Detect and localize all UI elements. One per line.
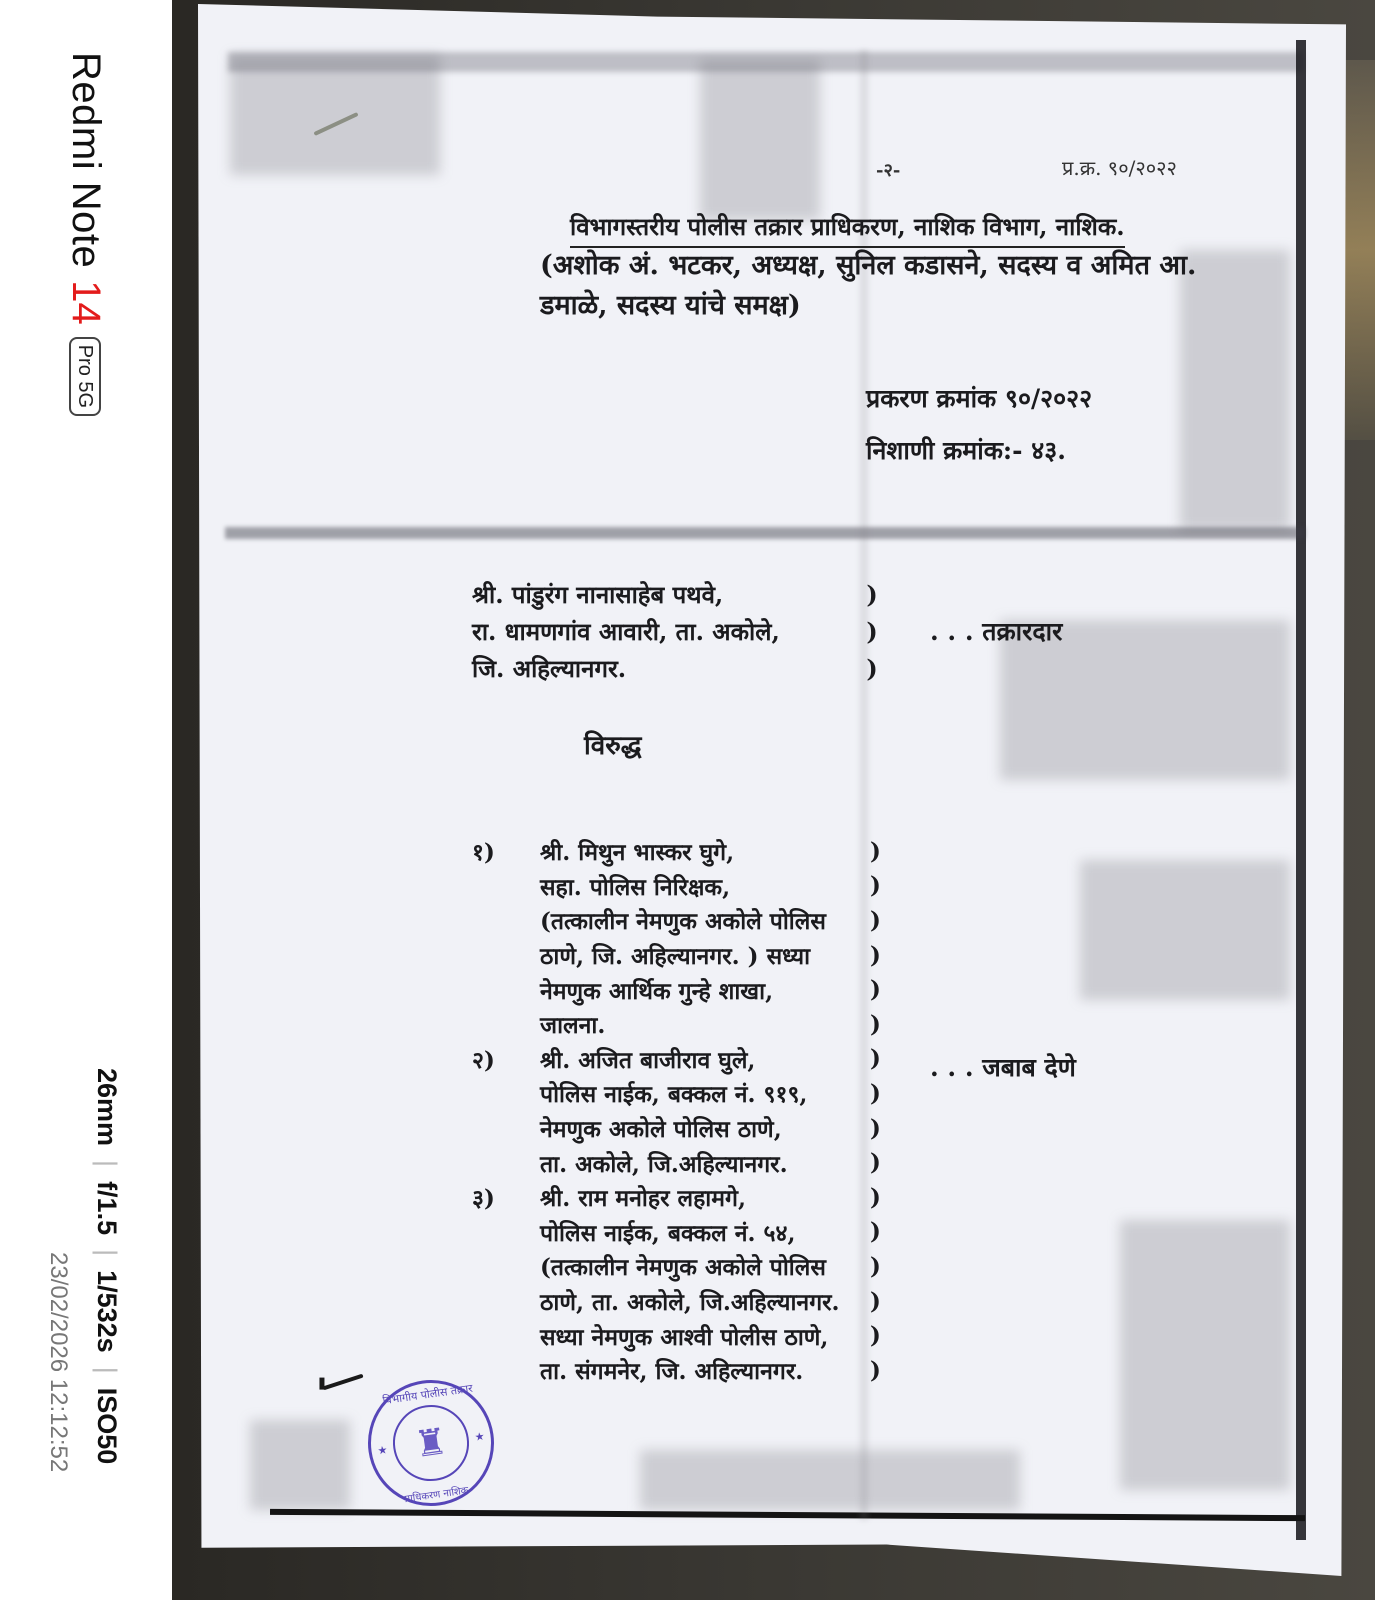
respondents-block: १)श्री. मिथुन भास्कर घुगे,)सहा. पोलिस नि…: [472, 834, 886, 1388]
respondent-index: २): [472, 1043, 540, 1075]
respondent-index: १): [472, 835, 540, 867]
bracket: ): [870, 1288, 886, 1315]
respondent-line: ता. संगमनेर, जि. अहिल्यानगर.): [472, 1353, 886, 1388]
complainant-block: श्री. पांडुरंग नानासाहेब पथवे, ) रा. धाम…: [472, 576, 882, 687]
bracket: ): [870, 1080, 886, 1107]
separator: |: [92, 1367, 122, 1374]
respondent-line: (तत्कालीन नेमणुक अकोले पोलिस): [472, 1249, 886, 1284]
bracket: ): [870, 907, 886, 934]
respondent-line: नेमणुक आर्थिक गुन्हे शाखा,): [472, 972, 886, 1007]
respondent-text: ठाणे, ता. अकोले, जि.अहिल्यानगर.: [540, 1285, 870, 1317]
respondent-line: सहा. पोलिस निरिक्षक,): [472, 869, 886, 904]
respondent-text: श्री. मिथुन भास्कर घुगे,: [540, 835, 870, 867]
respondent-text: सध्या नेमणुक आश्वी पोलीस ठाणे,: [540, 1320, 870, 1352]
national-emblem-icon: ♜: [408, 1418, 454, 1469]
toner-smudge: [700, 60, 820, 220]
exif-info: 26mm|f/1.5|1/532s|ISO50: [91, 1068, 122, 1464]
bracket: ): [870, 1184, 886, 1211]
device-brand: Redmi Note 14 Pro 5G: [63, 52, 108, 416]
shutter-speed: 1/532s: [92, 1270, 122, 1353]
separator: |: [92, 1160, 122, 1167]
device-badge: Pro 5G: [70, 337, 102, 416]
complainant-text: रा. धामणगांव आवारी, ता. अकोले,: [472, 615, 862, 648]
respondent-text: ता. अकोले, जि.अहिल्यानगर.: [540, 1147, 870, 1179]
star-icon: ★: [377, 1443, 389, 1457]
respondent-line: १)श्री. मिथुन भास्कर घुगे,): [472, 834, 886, 869]
respondent-line: ठाणे, जि. अहिल्यानगर. ) सध्या): [472, 938, 886, 973]
bracket: ): [870, 942, 886, 969]
toner-smudge: [1120, 1220, 1290, 1490]
device-model: Redmi Note: [63, 52, 108, 268]
respondent-line: ठाणे, ता. अकोले, जि.अहिल्यानगर.): [472, 1284, 886, 1319]
device-number: 14: [63, 280, 108, 325]
respondent-line: नेमणुक अकोले पोलिस ठाणे,): [472, 1111, 886, 1146]
toner-smudge: [1080, 860, 1290, 1000]
toner-smudge: [250, 1420, 350, 1510]
respondent-text: (तत्कालीन नेमणुक अकोले पोलिस: [540, 1250, 870, 1282]
bracket: ): [870, 1253, 886, 1280]
respondent-line: ३)श्री. राम मनोहर लहामगे,): [472, 1180, 886, 1215]
respondent-text: नेमणुक आर्थिक गुन्हे शाखा,: [540, 974, 870, 1006]
authority-heading: विभागस्तरीय पोलीस तक्रार प्राधिकरण, नाशि…: [570, 208, 1125, 248]
respondent-line: २)श्री. अजित बाजीराव घुले,): [472, 1042, 886, 1077]
respondent-line: पोलिस नाईक, बक्कल नं. ९१९,): [472, 1076, 886, 1111]
respondent-text: श्री. राम मनोहर लहामगे,: [540, 1181, 870, 1213]
complainant-role: . . . तक्रारदार: [930, 614, 1062, 648]
toner-smudge: [640, 1450, 1020, 1510]
bracket: ): [870, 838, 886, 865]
respondent-line: ता. अकोले, जि.अहिल्यानगर.): [472, 1145, 886, 1180]
aperture: f/1.5: [92, 1181, 122, 1235]
bracket: ): [870, 1045, 886, 1072]
complainant-text: जि. अहिल्यानगर.: [472, 652, 862, 685]
bracket: ): [862, 654, 882, 683]
iso: ISO50: [92, 1388, 122, 1465]
complainant-line: श्री. पांडुरंग नानासाहेब पथवे, ): [472, 576, 882, 613]
versus-label: विरुद्ध: [584, 726, 642, 762]
page-marker: -२-: [876, 158, 900, 182]
respondent-text: (तत्कालीन नेमणुक अकोले पोलिस: [540, 904, 870, 936]
respondents-role: . . . जबाब देणे: [930, 1050, 1076, 1084]
capture-timestamp: 23/02/2026 12:12:52: [44, 1252, 72, 1472]
bracket: ): [870, 1149, 886, 1176]
bracket: ): [870, 872, 886, 899]
fold-line: [225, 527, 1305, 539]
bracket: ): [862, 580, 882, 609]
scan-border-right: [1296, 40, 1306, 1540]
bench-line: (अशोक अं. भटकर, अध्यक्ष, सुनिल कडासने, स…: [540, 246, 1270, 326]
bracket: ): [870, 1115, 886, 1142]
exhibit-number: निशाणी क्रमांक:- ४३.: [866, 432, 1066, 469]
focal-length: 26mm: [92, 1068, 122, 1146]
respondent-text: सहा. पोलिस निरिक्षक,: [540, 870, 870, 902]
respondent-text: श्री. अजित बाजीराव घुले,: [540, 1043, 870, 1075]
respondent-line: पोलिस नाईक, बक्कल नं. ५४,): [472, 1215, 886, 1250]
complainant-line: जि. अहिल्यानगर. ): [472, 650, 882, 687]
bracket: ): [870, 1322, 886, 1349]
bracket: ): [870, 1218, 886, 1245]
respondent-index: ३): [472, 1181, 540, 1213]
scan-border-top: [228, 52, 1303, 72]
respondent-line: (तत्कालीन नेमणुक अकोले पोलिस): [472, 903, 886, 938]
complainant-text: श्री. पांडुरंग नानासाहेब पथवे,: [472, 578, 862, 611]
respondent-line: सध्या नेमणुक आश्वी पोलीस ठाणे,): [472, 1318, 886, 1353]
case-number: प्रकरण क्रमांक ९०/२०२२: [866, 380, 1092, 417]
respondent-text: पोलिस नाईक, बक्कल नं. ९१९,: [540, 1077, 870, 1109]
star-icon: ★: [474, 1430, 486, 1444]
bracket: ): [870, 1011, 886, 1038]
bracket: ): [862, 617, 882, 646]
respondent-line: जालना.): [472, 1007, 886, 1042]
bracket: ): [870, 1357, 886, 1384]
reference-number: प्र.क्र. ९०/२०२२: [1062, 154, 1177, 181]
respondent-text: ता. संगमनेर, जि. अहिल्यानगर.: [540, 1354, 870, 1386]
respondent-text: पोलिस नाईक, बक्कल नं. ५४,: [540, 1216, 870, 1248]
respondent-text: ठाणे, जि. अहिल्यानगर. ) सध्या: [540, 939, 870, 971]
respondent-text: जालना.: [540, 1008, 870, 1040]
toner-smudge: [230, 55, 440, 175]
separator: |: [92, 1249, 122, 1256]
camera-watermark-strip: Redmi Note 14 Pro 5G 26mm|f/1.5|1/532s|I…: [0, 0, 172, 1600]
complainant-line: रा. धामणगांव आवारी, ता. अकोले, ): [472, 613, 882, 650]
bracket: ): [870, 976, 886, 1003]
respondent-text: नेमणुक अकोले पोलिस ठाणे,: [540, 1112, 870, 1144]
